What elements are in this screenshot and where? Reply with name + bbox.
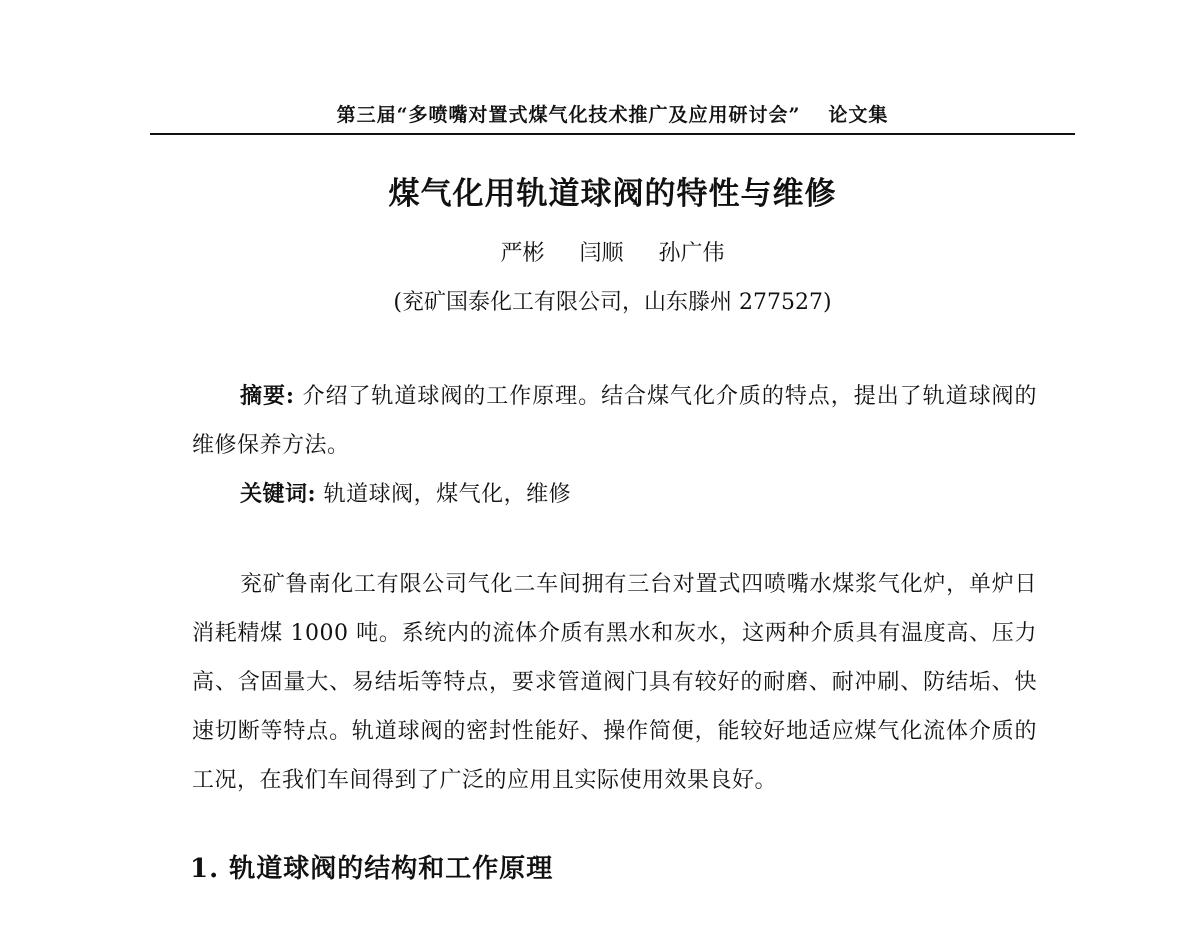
running-header-title: 第三届“多喷嘴对置式煤气化技术推广及应用研讨会” [337, 104, 801, 126]
body-paragraph: 兖矿鲁南化工有限公司气化二车间拥有三台对置式四喷嘴水煤浆气化炉，单炉日消耗精煤 … [192, 560, 1037, 805]
author: 严彬 [500, 241, 544, 266]
author: 闫顺 [579, 241, 623, 266]
header-rule [150, 133, 1075, 135]
abstract-label: 摘要: [240, 383, 295, 409]
running-header-collection: 论文集 [828, 104, 888, 126]
abstract-text: 介绍了轨道球阀的工作原理。结合煤气化介质的特点，提出了轨道球阀的维修保养方法。 [192, 384, 1037, 458]
paper-title: 煤气化用轨道球阀的特性与维修 [0, 168, 1200, 213]
running-header: 第三届“多喷嘴对置式煤气化技术推广及应用研讨会”论文集 [150, 100, 1075, 127]
keywords-label: 关键词: [240, 481, 316, 507]
keywords: 关键词: 轨道球阀，煤气化，维修 [240, 470, 1040, 519]
author: 孙广伟 [659, 241, 725, 266]
affiliation: (兖矿国泰化工有限公司，山东滕州 277527) [0, 285, 1200, 316]
abstract: 摘要: 介绍了轨道球阀的工作原理。结合煤气化介质的特点，提出了轨道球阀的维修保养… [192, 372, 1037, 470]
section-heading: 1. 轨道球阀的结构和工作原理 [190, 848, 553, 885]
authors: 严彬 闫顺 孙广伟 [0, 236, 1200, 267]
keywords-text: 轨道球阀，煤气化，维修 [316, 482, 571, 507]
